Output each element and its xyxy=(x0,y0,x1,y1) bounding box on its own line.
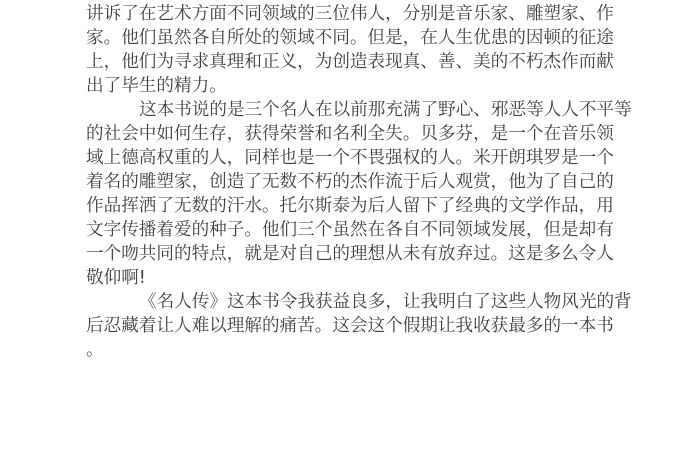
text-line: 。 xyxy=(86,338,626,362)
text-line: 讲诉了在艺术方面不同领域的三位伟人，分别是音乐家、雕塑家、作 xyxy=(86,2,626,26)
text-line: 后忍藏着让人难以理解的痛苦。这会这个假期让我收获最多的一本书 xyxy=(86,314,626,338)
text-line: 域上德高权重的人，同样也是一个不畏强权的人。米开朗琪罗是一个 xyxy=(86,146,626,170)
text-line: 文字传播着爱的种子。他们三个虽然在各自不同领域发展，但是却有 xyxy=(86,218,626,242)
text-line: 的社会中如何生存，获得荣誉和名利全失。贝多芬，是一个在音乐领 xyxy=(86,122,626,146)
text-line: 敬仰啊! xyxy=(86,266,626,290)
text-line: 这本书说的是三个名人在以前那充满了野心、邪恶等人人不平等 xyxy=(86,98,626,122)
text-line: 着名的雕塑家，创造了无数不朽的杰作流于后人观赏，他为了自己的 xyxy=(86,170,626,194)
text-column: 讲诉了在艺术方面不同领域的三位伟人，分别是音乐家、雕塑家、作家。他们虽然各自所处… xyxy=(86,2,626,362)
text-line: 作品挥洒了无数的汗水。托尔斯泰为后人留下了经典的文学作品，用 xyxy=(86,194,626,218)
document-page: 讲诉了在艺术方面不同领域的三位伟人，分别是音乐家、雕塑家、作家。他们虽然各自所处… xyxy=(0,0,700,470)
paragraph: 《名人传》这本书令我获益良多，让我明白了这些人物风光的背后忍藏着让人难以理解的痛… xyxy=(86,290,626,362)
text-line: 出了毕生的精力。 xyxy=(86,74,626,98)
text-line: 上，他们为寻求真理和正义，为创造表现真、善、美的不朽杰作而献 xyxy=(86,50,626,74)
text-line: 一个吻共同的特点，就是对自己的理想从未有放弃过。这是多么令人 xyxy=(86,242,626,266)
paragraph: 讲诉了在艺术方面不同领域的三位伟人，分别是音乐家、雕塑家、作家。他们虽然各自所处… xyxy=(86,2,626,98)
paragraph: 这本书说的是三个名人在以前那充满了野心、邪恶等人人不平等的社会中如何生存，获得荣… xyxy=(86,98,626,290)
text-line: 家。他们虽然各自所处的领域不同。但是，在人生优患的因顿的征途 xyxy=(86,26,626,50)
text-line: 《名人传》这本书令我获益良多，让我明白了这些人物风光的背 xyxy=(86,290,626,314)
